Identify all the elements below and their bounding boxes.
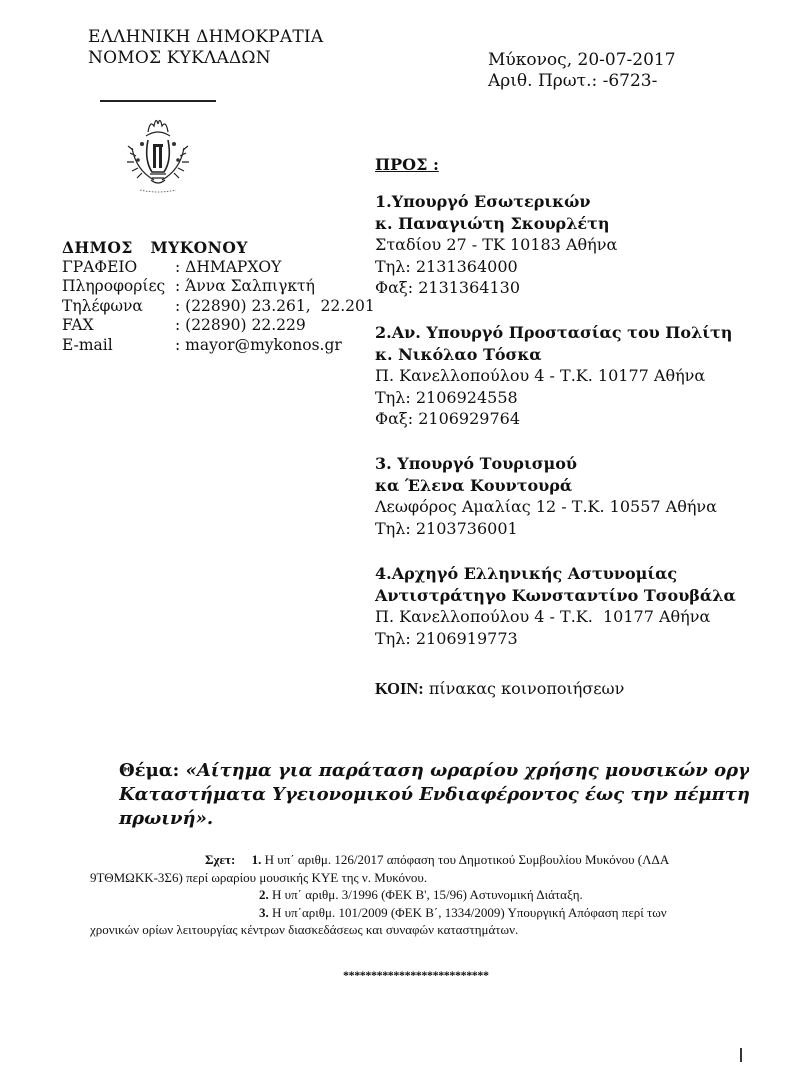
state-name: ΕΛΛΗΝΙΚΗ ΔΗΜΟΚΡΑΤΙΑ: [88, 27, 323, 48]
recipient-fax: Φαξ: 2106929764: [375, 408, 732, 430]
office-label: ΓΡΑΦΕΙΟ: [62, 258, 175, 278]
recipient-phone: Τηλ: 2131364000: [375, 256, 617, 278]
recipient-fax: Φαξ: 2131364130: [375, 277, 617, 299]
subject-text-1: «Αίτημα για παράταση ωραρίου χρήσης μουσ…: [186, 760, 749, 781]
recipient-title: 2.Αν. Υπουργό Προστασίας του Πολίτη: [375, 322, 732, 344]
reference-3: 3. Η υπ΄αριθμ. 101/2009 (ΦΕΚ Β΄, 1334/20…: [90, 904, 750, 922]
subject-text-3: πρωινή».: [119, 807, 749, 831]
phone-label: Τηλέφωνα: [62, 297, 175, 317]
info-row: Πληροφορίες : Άννα Σαλπιγκτή: [62, 277, 375, 297]
recipient-address: Σταδίου 27 - ΤΚ 10183 Αθήνα: [375, 234, 617, 256]
recipient-2: 2.Αν. Υπουργό Προστασίας του Πολίτη κ. Ν…: [375, 322, 732, 430]
lyre-emblem-icon: [118, 110, 198, 196]
subject-label: Θέμα:: [119, 760, 179, 781]
email-label: E-mail: [62, 336, 175, 356]
recipient-phone: Τηλ: 2106919773: [375, 628, 736, 650]
office-row: ΓΡΑΦΕΙΟ : ΔΗΜΑΡΧΟΥ: [62, 258, 375, 278]
reference-1: Σχετ: 1. Η υπ΄ αριθμ. 126/2017 απόφαση τ…: [90, 851, 750, 869]
recipient-person: κ. Παναγιώτη Σκουρλέτη: [375, 213, 617, 235]
recipient-title: 4.Αρχηγό Ελληνικής Αστυνομίας: [375, 563, 736, 585]
recipient-person: Αντιστράτηγο Κωνσταντίνο Τσουβάλα: [375, 585, 736, 607]
header-divider: [100, 100, 216, 102]
recipient-phone: Τηλ: 2106924558: [375, 387, 732, 409]
references-block: Σχετ: 1. Η υπ΄ αριθμ. 126/2017 απόφαση τ…: [90, 851, 750, 939]
place-date: Μύκονος, 20-07-2017: [488, 50, 676, 71]
phone-value: : (22890) 23.261, 22.201: [175, 297, 375, 317]
phone-row: Τηλέφωνα : (22890) 23.261, 22.201: [62, 297, 375, 317]
reference-number: 2.: [259, 887, 269, 902]
email-row: E-mail : mayor@mykonos.gr: [62, 336, 375, 356]
recipient-person: κα Έλενα Κουντουρά: [375, 475, 717, 497]
info-label: Πληροφορίες: [62, 277, 175, 297]
recipient-3: 3. Υπουργό Τουρισμού κα Έλενα Κουντουρά …: [375, 453, 717, 539]
recipient-address: Π. Κανελλοπούλου 4 - Τ.Κ. 10177 Αθήνα: [375, 365, 732, 387]
recipient-title: 1.Υπουργό Εσωτερικών: [375, 191, 617, 213]
recipient-title: 3. Υπουργό Τουρισμού: [375, 453, 717, 475]
reference-text: Η υπ΄ αριθμ. 126/2017 απόφαση του Δημοτι…: [265, 852, 670, 867]
recipient-address: Π. Κανελλοπούλου 4 - Τ.Κ. 10177 Αθήνα: [375, 606, 736, 628]
reference-1-cont: 9ΤΘΜΩΚΚ-3Σ6) περί ωραρίου μουσικής ΚΥΕ τ…: [90, 869, 750, 887]
subject-text-2: Καταστήματα Υγειονομικού Ενδιαφέροντος έ…: [119, 783, 749, 807]
recipient-1: 1.Υπουργό Εσωτερικών κ. Παναγιώτη Σκουρλ…: [375, 191, 617, 299]
reference-number: 1.: [252, 852, 262, 867]
references-label: Σχετ:: [205, 852, 235, 867]
recipient-phone: Τηλ: 2103736001: [375, 518, 717, 540]
subject-line-1: Θέμα: «Αίτημα για παράταση ωραρίου χρήση…: [119, 759, 749, 783]
to-label: ΠΡΟΣ :: [375, 155, 439, 174]
recipient-4: 4.Αρχηγό Ελληνικής Αστυνομίας Αντιστράτη…: [375, 563, 736, 649]
office-info: ΔΗΜΟΣ ΜΥΚΟΝΟΥ ΓΡΑΦΕΙΟ : ΔΗΜΑΡΧΟΥ Πληροφο…: [62, 238, 375, 355]
cc-text: πίνακας κοινοποιήσεων: [429, 679, 624, 698]
reference-3-cont: χρονικών ορίων λειτουργίας κέντρων διασκ…: [90, 921, 750, 939]
date-block: Μύκονος, 20-07-2017 Αριθ. Πρωτ.: -6723-: [488, 50, 676, 92]
prefecture-name: ΝΟΜΟΣ ΚΥΚΛΑΔΩΝ: [88, 48, 323, 69]
subject-block: Θέμα: «Αίτημα για παράταση ωραρίου χρήση…: [119, 759, 749, 831]
reference-text: Η υπ΄αριθμ. 101/2009 (ΦΕΚ Β΄, 1334/2009)…: [272, 905, 667, 920]
recipient-address: Λεωφόρος Αμαλίας 12 - Τ.Κ. 10557 Αθήνα: [375, 496, 717, 518]
page-edge-mark: [740, 1048, 742, 1062]
cc-label: ΚΟΙΝ:: [375, 679, 424, 698]
cc-line: ΚΟΙΝ: πίνακας κοινοποιήσεων: [375, 679, 624, 699]
office-value: : ΔΗΜΑΡΧΟΥ: [175, 258, 281, 278]
reference-2: 2. Η υπ΄ αριθμ. 3/1996 (ΦΕΚ Β', 15/96) Α…: [90, 886, 750, 904]
email-value: : mayor@mykonos.gr: [175, 336, 342, 356]
recipient-person: κ. Νικόλαο Τόσκα: [375, 344, 732, 366]
protocol-number: Αριθ. Πρωτ.: -6723-: [488, 71, 676, 92]
fax-row: FAX : (22890) 22.229: [62, 316, 375, 336]
fax-label: FAX: [62, 316, 175, 336]
municipality-title: ΔΗΜΟΣ ΜΥΚΟΝΟΥ: [62, 238, 375, 258]
info-value: : Άννα Σαλπιγκτή: [175, 277, 315, 297]
state-heading: ΕΛΛΗΝΙΚΗ ΔΗΜΟΚΡΑΤΙΑ ΝΟΜΟΣ ΚΥΚΛΑΔΩΝ: [88, 27, 323, 69]
asterisk-separator: **************************: [343, 968, 489, 983]
reference-text: Η υπ΄ αριθμ. 3/1996 (ΦΕΚ Β', 15/96) Αστυ…: [272, 887, 583, 902]
fax-value: : (22890) 22.229: [175, 316, 306, 336]
reference-number: 3.: [259, 905, 269, 920]
